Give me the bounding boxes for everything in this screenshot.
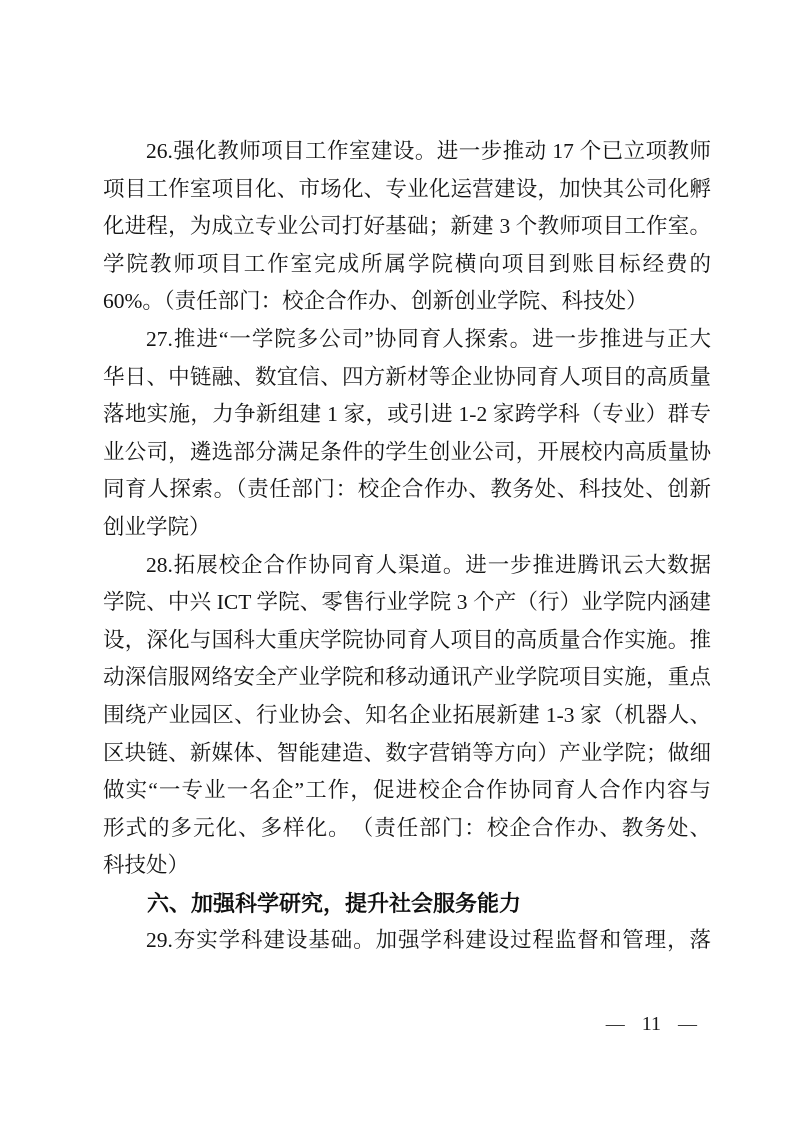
paragraph-27-line-4: 业公司，遴选部分满足条件的学生创业公司，开展校内高质量协 bbox=[103, 434, 711, 472]
paragraph-28-line-7: 做实“一专业一名企”工作，促进校企合作协同育人合作内容与 bbox=[103, 772, 711, 810]
paragraph-28-line-9: 科技处） bbox=[103, 847, 711, 885]
paragraph-28-line-2: 学院、中兴 ICT 学院、零售行业学院 3 个产（行）业学院内涵建 bbox=[103, 584, 711, 622]
paragraph-27-line-1: 27.推进“一学院多公司”协同育人探索。进一步推进与正大 bbox=[103, 321, 711, 359]
paragraph-29-line-1: 29.夯实学科建设基础。加强学科建设过程监督和管理，落 bbox=[103, 922, 711, 960]
paragraph-26-line-5: 60%。（责任部门：校企合作办、创新创业学院、科技处） bbox=[103, 283, 711, 321]
section-6-heading: 六、加强科学研究，提升社会服务能力 bbox=[103, 885, 711, 923]
paragraph-27-line-3: 落地实施，力争新组建 1 家，或引进 1-2 家跨学科（专业）群专 bbox=[103, 396, 711, 434]
paragraph-28-line-1: 28.拓展校企合作协同育人渠道。进一步推进腾讯云大数据 bbox=[103, 547, 711, 585]
paragraph-26-line-2: 项目工作室项目化、市场化、专业化运营建设，加快其公司化孵 bbox=[103, 171, 711, 209]
paragraph-28-line-5: 围绕产业园区、行业协会、知名企业拓展新建 1-3 家（机器人、 bbox=[103, 697, 711, 735]
page-number: 11 bbox=[642, 1013, 661, 1036]
paragraph-28-line-8: 形式的多元化、多样化。 （责任部门：校企合作办、教务处、 bbox=[103, 810, 711, 848]
paragraph-28-line-4: 动深信服网络安全产业学院和移动通讯产业学院项目实施，重点 bbox=[103, 659, 711, 697]
paragraph-28-line-3: 设，深化与国科大重庆学院协同育人项目的高质量合作实施。推 bbox=[103, 622, 711, 660]
paragraph-26-line-3: 化进程，为成立专业公司打好基础；新建 3 个教师项目工作室。 bbox=[103, 208, 711, 246]
document-page: 26.强化教师项目工作室建设。进一步推动 17 个已立项教师 项目工作室项目化、… bbox=[0, 0, 793, 1122]
document-body: 26.强化教师项目工作室建设。进一步推动 17 个已立项教师 项目工作室项目化、… bbox=[103, 133, 711, 960]
footer-dash-left: — bbox=[606, 1014, 625, 1036]
paragraph-28-line-6: 区块链、新媒体、智能建造、数字营销等方向）产业学院；做细 bbox=[103, 735, 711, 773]
paragraph-27-line-6: 创业学院） bbox=[103, 509, 711, 547]
paragraph-26-line-4: 学院教师项目工作室完成所属学院横向项目到账目标经费的 bbox=[103, 246, 711, 284]
paragraph-26-line-1: 26.强化教师项目工作室建设。进一步推动 17 个已立项教师 bbox=[103, 133, 711, 171]
footer-dash-right: — bbox=[678, 1014, 697, 1036]
paragraph-27-line-5: 同育人探索。（责任部门：校企合作办、教务处、科技处、创新 bbox=[103, 471, 711, 509]
paragraph-27-line-2: 华日、中链融、数宜信、四方新材等企业协同育人项目的高质量 bbox=[103, 359, 711, 397]
page-footer: — 11 — bbox=[606, 1013, 697, 1036]
